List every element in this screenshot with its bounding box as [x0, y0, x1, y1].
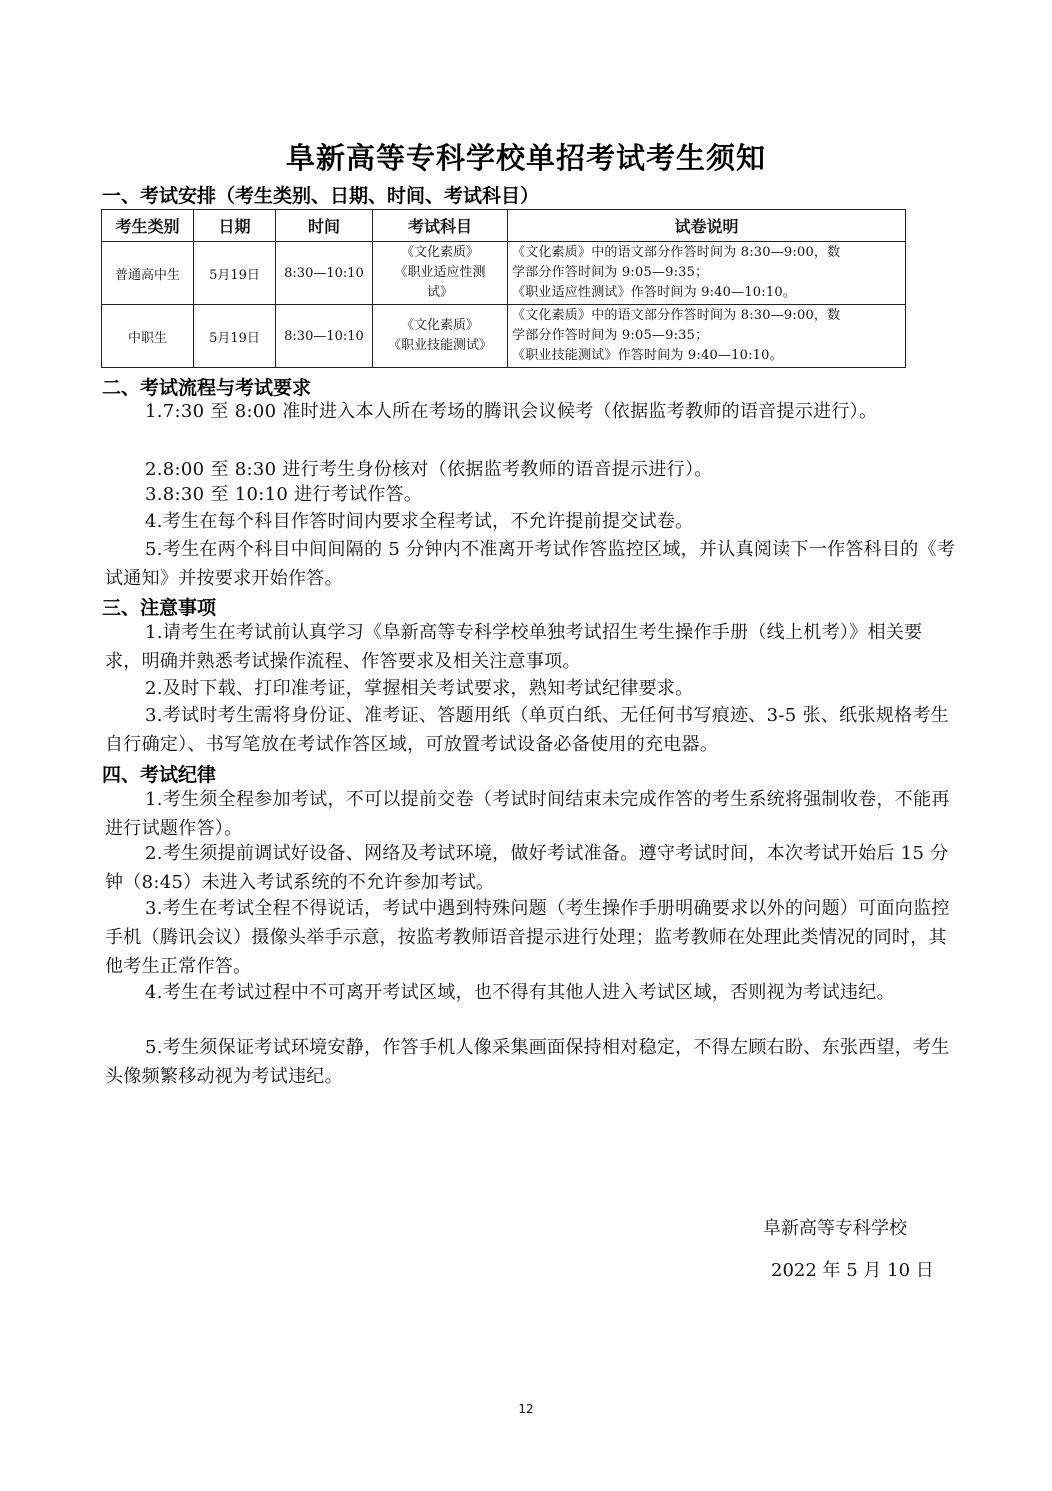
- section-heading-schedule: 一、考试安排（考生类别、日期、时间、考试科目）: [102, 181, 539, 208]
- cell-notes: 《文化素质》中的语文部分作答时间为 8:30—9:00，数 学部分作答时间为 9…: [508, 242, 906, 305]
- paragraph: 2.考生须提前调试好设备、网络及考试环境，做好考试准备。遵守考试时间，本次考试开…: [105, 839, 957, 897]
- paragraph: 4.考生在考试过程中不可离开考试区域，也不得有其他人进入考试区域，否则视为考试违…: [105, 978, 957, 1007]
- subject-line: 《职业适应性测: [377, 263, 503, 283]
- note-line: 《文化素质》中的语文部分作答时间为 8:30—9:00，数: [512, 243, 901, 263]
- note-line: 《文化素质》中的语文部分作答时间为 8:30—9:00，数: [512, 306, 901, 326]
- column-header: 考生类别: [102, 210, 194, 242]
- column-header: 考试科目: [373, 210, 508, 242]
- cell-category: 普通高中生: [102, 242, 194, 305]
- paragraph: 3.考试时考生需将身份证、准考证、答题用纸（单页白纸、无任何书写痕迹、3-5 张…: [105, 701, 957, 759]
- section-heading-process: 二、考试流程与考试要求: [102, 373, 311, 400]
- table-row: 普通高中生 5月19日 8:30—10:10 《文化素质》 《职业适应性测 试》…: [102, 242, 906, 305]
- column-header: 试卷说明: [508, 210, 906, 242]
- subject-line: 《职业技能测试》: [377, 336, 503, 356]
- table-header-row: 考生类别 日期 时间 考试科目 试卷说明: [102, 210, 906, 242]
- signature-org: 阜新高等专科学校: [763, 1214, 907, 1240]
- section-heading-notes: 三、注意事项: [102, 593, 216, 620]
- cell-subjects: 《文化素质》 《职业技能测试》: [373, 305, 508, 368]
- subject-line: 《文化素质》: [377, 316, 503, 336]
- subject-line: 《文化素质》: [377, 243, 503, 263]
- paragraph: 5.考生须保证考试环境安静，作答手机人像采集画面保持相对稳定，不得左顾右盼、东张…: [105, 1033, 957, 1091]
- cell-date: 5月19日: [194, 305, 276, 368]
- exam-schedule-table: 考生类别 日期 时间 考试科目 试卷说明 普通高中生 5月19日 8:30—10…: [101, 209, 906, 368]
- paragraph: 5.考生在两个科目中间间隔的 5 分钟内不准离开考试作答监控区域，并认真阅读下一…: [105, 535, 957, 593]
- column-header: 时间: [276, 210, 373, 242]
- page-number: 12: [0, 1402, 1052, 1416]
- cell-category: 中职生: [102, 305, 194, 368]
- paragraph: 1.考生须全程参加考试，不可以提前交卷（考试时间结束未完成作答的考生系统将强制收…: [105, 785, 957, 843]
- paragraph: 3.8:30 至 10:10 进行考试作答。: [105, 480, 957, 509]
- note-line: 学部分作答时间为 9:05—9:35；: [512, 326, 901, 346]
- subject-line: 试》: [377, 283, 503, 303]
- note-line: 《职业适应性测试》作答时间为 9:40—10:10。: [512, 283, 901, 303]
- section-heading-discipline: 四、考试纪律: [102, 760, 216, 787]
- table-row: 中职生 5月19日 8:30—10:10 《文化素质》 《职业技能测试》 《文化…: [102, 305, 906, 368]
- document-page: 阜新高等专科学校单招考试考生须知 一、考试安排（考生类别、日期、时间、考试科目）…: [0, 0, 1052, 1491]
- cell-notes: 《文化素质》中的语文部分作答时间为 8:30—9:00，数 学部分作答时间为 9…: [508, 305, 906, 368]
- cell-time: 8:30—10:10: [276, 305, 373, 368]
- cell-date: 5月19日: [194, 242, 276, 305]
- cell-subjects: 《文化素质》 《职业适应性测 试》: [373, 242, 508, 305]
- paragraph: 3.考生在考试全程不得说话，考试中遇到特殊问题（考生操作手册明确要求以外的问题）…: [105, 894, 957, 981]
- note-line: 学部分作答时间为 9:05—9:35；: [512, 263, 901, 283]
- paragraph: 4.考生在每个科目作答时间内要求全程考试，不允许提前提交试卷。: [105, 507, 957, 536]
- column-header: 日期: [194, 210, 276, 242]
- paragraph: 2.及时下载、打印准考证，掌握相关考试要求，熟知考试纪律要求。: [105, 674, 957, 703]
- note-line: 《职业技能测试》作答时间为 9:40—10:10。: [512, 346, 901, 366]
- paragraph: 1.7:30 至 8:00 准时进入本人所在考场的腾讯会议候考（依据监考教师的语…: [105, 397, 957, 426]
- paragraph: 1.请考生在考试前认真学习《阜新高等专科学校单独考试招生考生操作手册（线上机考）…: [105, 618, 957, 676]
- signature-date: 2022 年 5 月 10 日: [771, 1256, 934, 1282]
- cell-time: 8:30—10:10: [276, 242, 373, 305]
- document-title: 阜新高等专科学校单招考试考生须知: [0, 136, 1052, 177]
